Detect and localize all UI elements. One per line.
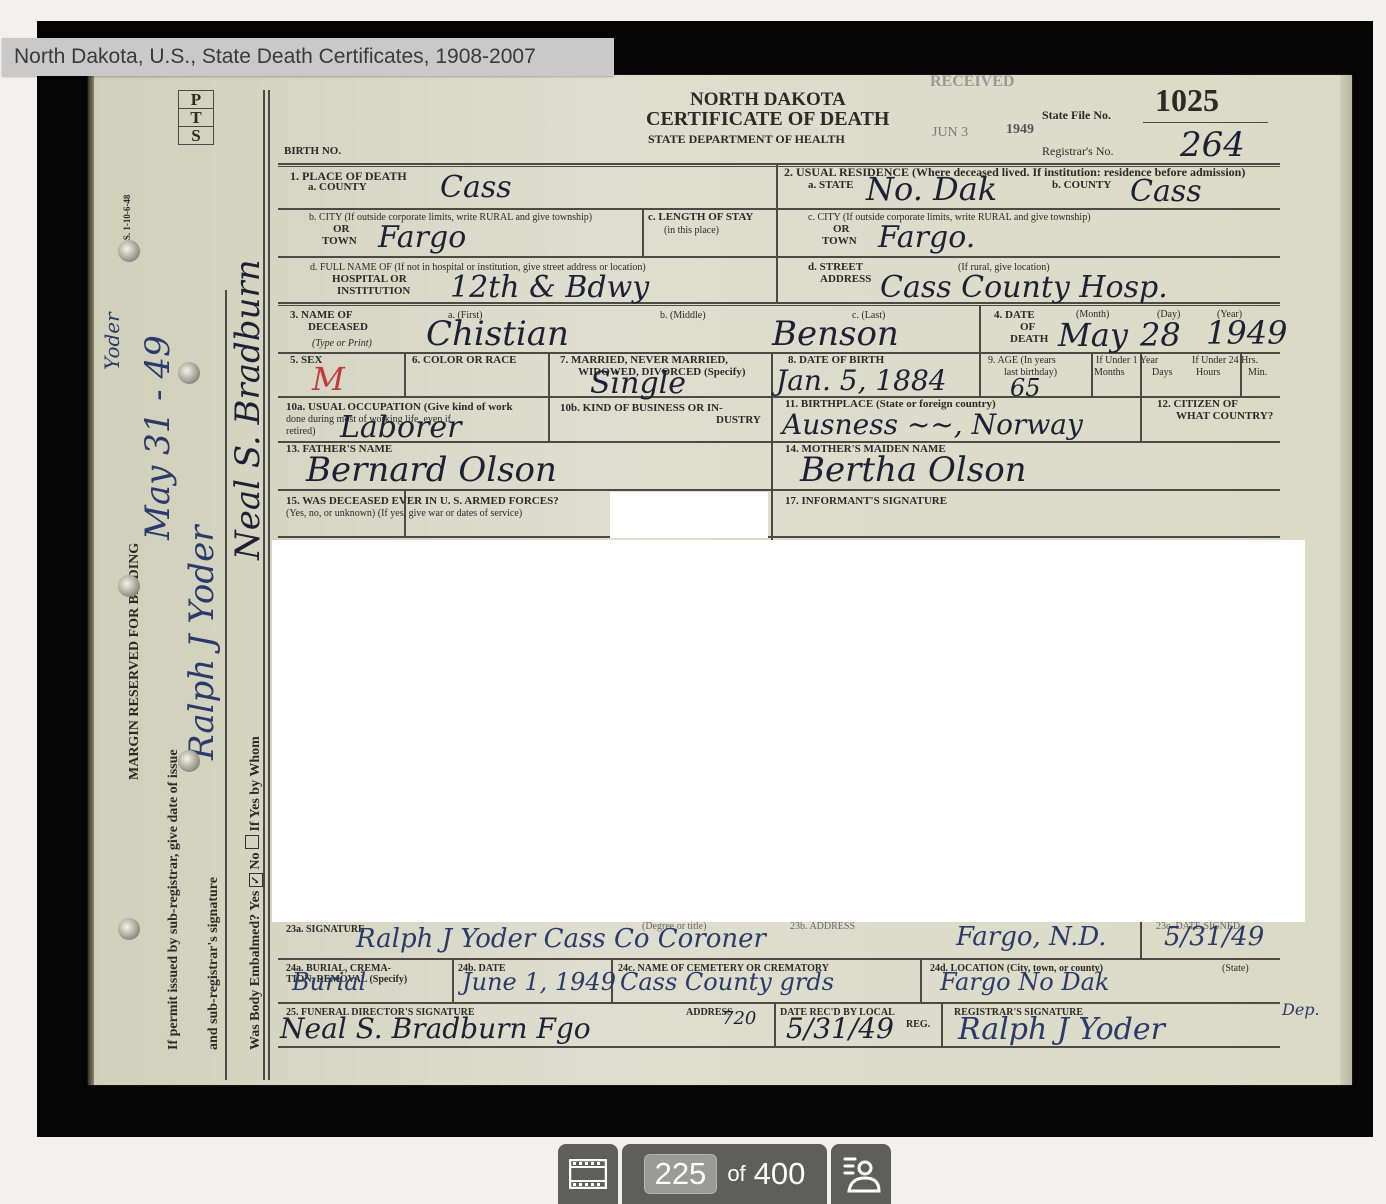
- dob-value: Jan. 5, 1884: [776, 364, 947, 397]
- mother-value: Bertha Olson: [800, 450, 1027, 490]
- birthplace-value: Ausness ~~, Norway: [782, 408, 1083, 441]
- date24b-value: June 1, 1949: [462, 968, 616, 996]
- armed-forces-label-1: 15. WAS DECEASED EVER IN U. S. ARMED FOR…: [286, 496, 559, 507]
- citizen-label-1: 12. CITIZEN OF: [1157, 399, 1238, 410]
- street-label-2: ADDRESS: [820, 274, 871, 285]
- res-state-value: No. Dak: [866, 170, 997, 208]
- redaction-block: [610, 492, 768, 538]
- state-file-label: State File No.: [1042, 110, 1111, 121]
- res-county-label: b. COUNTY: [1052, 180, 1111, 191]
- permit-text: If permit issued by sub-registrar, give …: [166, 749, 182, 1050]
- res-city-value: Fargo.: [878, 220, 975, 255]
- registrar-dep-value: Dep.: [1282, 1000, 1320, 1019]
- marital-label-1: 7. MARRIED, NEVER MARRIED,: [560, 355, 728, 366]
- margin-line: [268, 90, 270, 1080]
- punch-hole: [178, 362, 200, 384]
- hand-margin-sig2: Neal S. Bradburn: [228, 259, 268, 560]
- state-file-line: [1143, 122, 1268, 123]
- dod-label-2: OF: [1020, 322, 1035, 333]
- punch-hole: [118, 575, 140, 597]
- received-year: 1949: [1006, 124, 1034, 135]
- dod-label-1: 4. DATE: [994, 310, 1035, 321]
- res-or-label: OR: [833, 224, 850, 235]
- hours-label: Hours: [1196, 367, 1220, 378]
- title-line2: CERTIFICATE OF DEATH: [646, 109, 889, 129]
- punch-hole: [118, 918, 140, 940]
- location-value: Fargo No Dak: [940, 968, 1109, 996]
- length-stay-sub: (in this place): [664, 225, 719, 236]
- addr23b-label: 23b. ADDRESS: [790, 921, 855, 932]
- min-label: Min.: [1248, 367, 1267, 378]
- last-name-value: Benson: [772, 314, 899, 354]
- rule: [774, 1002, 776, 1046]
- marital-value: Single: [590, 366, 686, 401]
- embalmed-label: Was Body Embalmed? Yes: [248, 891, 263, 1050]
- under24-label: If Under 24 Hrs.: [1192, 355, 1258, 366]
- citizen-label-2: WHAT COUNTRY?: [1176, 411, 1273, 422]
- rule: [278, 305, 1280, 306]
- page-navigator: 225 of 400: [622, 1144, 827, 1204]
- father-value: Bernard Olson: [306, 450, 557, 490]
- hospital-label-2: HOSPITAL OR: [332, 274, 407, 285]
- rule: [1140, 922, 1142, 958]
- burial-value: Burial: [292, 968, 366, 996]
- rule: [941, 1002, 943, 1046]
- rule: [278, 256, 1280, 258]
- addr23b-value: Fargo, N.D.: [956, 922, 1107, 952]
- res-state-label: a. STATE: [808, 180, 853, 191]
- birth-no-label: BIRTH NO.: [284, 146, 341, 157]
- funeral-address-value: 720: [722, 1008, 756, 1029]
- person-list-icon: [841, 1154, 881, 1194]
- occupation-value: Laborer: [340, 410, 462, 445]
- sig23a-value: Ralph J Yoder Cass Co Coroner: [356, 924, 766, 954]
- title-line1: NORTH DAKOTA: [690, 90, 846, 109]
- page-number-input[interactable]: 225: [644, 1154, 718, 1194]
- name-label-2: DECEASED: [308, 322, 368, 333]
- armed-forces-label-2: (Yes, no, or unknown) (If yes, give war …: [286, 508, 522, 519]
- margin-line: [225, 290, 227, 1080]
- city-value: Fargo: [378, 220, 466, 255]
- rule: [771, 352, 773, 540]
- dod-month-value: May: [1058, 316, 1128, 354]
- name-label-3: (Type or Print): [312, 338, 372, 349]
- state-label: (State): [1222, 963, 1249, 974]
- res-county-value: Cass: [1130, 174, 1202, 209]
- page-total: 400: [754, 1156, 806, 1192]
- middle-label: b. (Middle): [660, 310, 706, 321]
- rule: [278, 958, 1280, 960]
- of-label: of: [727, 1161, 745, 1187]
- registrar-no-label: Registrar's No.: [1042, 146, 1113, 157]
- if-yes-label: If Yes by Whom: [248, 736, 263, 831]
- funeral-sig-value: Neal S. Bradburn Fgo: [280, 1012, 591, 1045]
- hospital-value: 12th & Bdwy: [450, 270, 649, 305]
- subregistrar-text: and sub-registrar's signature: [206, 877, 222, 1050]
- punch-hole: [118, 240, 140, 262]
- name-label-1: 3. NAME OF: [290, 310, 353, 321]
- rule: [404, 352, 406, 397]
- film-strip-icon: [569, 1159, 607, 1189]
- cemetery-value: Cass County grds: [620, 968, 834, 996]
- occupation-label-3: retired): [286, 426, 315, 437]
- paper-edge: [1340, 75, 1352, 1085]
- pts-box: P T S: [178, 90, 214, 145]
- county-value: Cass: [440, 170, 512, 205]
- state-file-no: 1025: [1155, 84, 1219, 116]
- length-stay-label: c. LENGTH OF STAY: [648, 212, 753, 223]
- pts-t: T: [179, 109, 213, 127]
- dod-year-value: 1949: [1206, 314, 1287, 352]
- rule: [1091, 352, 1093, 397]
- filmstrip-button[interactable]: [558, 1144, 618, 1204]
- or-label: OR: [333, 224, 350, 235]
- date-recd-label-2: REG.: [906, 1019, 930, 1030]
- rule: [278, 536, 1280, 538]
- rule: [979, 305, 981, 397]
- days-label: Days: [1152, 367, 1173, 378]
- sig23a-label: 23a. SIGNATURE: [286, 924, 365, 935]
- redaction-block: [272, 540, 1305, 922]
- embalmed-no-checkbox: [245, 835, 259, 849]
- hand-margin-date: May 31 - 49: [138, 335, 178, 540]
- street-label-1: d. STREET: [808, 262, 863, 273]
- business-label-2: DUSTRY: [716, 415, 761, 426]
- date-recd-value: 5/31/49: [786, 1012, 894, 1045]
- received-month: JUN 3: [932, 127, 968, 138]
- hand-margin-sig1: Ralph J Yoder: [182, 525, 222, 760]
- res-town-label: TOWN: [822, 236, 857, 247]
- collection-tooltip: North Dakota, U.S., State Death Certific…: [2, 38, 614, 76]
- hospital-label-3: INSTITUTION: [337, 286, 410, 297]
- rule: [642, 208, 644, 256]
- punch-hole: [178, 750, 200, 772]
- subtitle: STATE DEPARTMENT OF HEALTH: [648, 134, 845, 145]
- rule: [452, 958, 454, 1002]
- informant-label: 17. INFORMANT'S SIGNATURE: [785, 496, 947, 507]
- months-label: Months: [1094, 367, 1125, 378]
- hand-yoder: Yoder: [100, 312, 124, 370]
- no-label: No: [248, 853, 263, 870]
- pts-s: S: [179, 127, 213, 144]
- received-stamp: RECEIVED: [930, 76, 1014, 87]
- index-panel-button[interactable]: [831, 1144, 891, 1204]
- dod-label-3: DEATH: [1010, 334, 1048, 345]
- age-label-1: 9. AGE (In years: [988, 355, 1056, 366]
- first-name-value: Chistian: [426, 314, 569, 354]
- rule: [278, 1002, 1280, 1004]
- town-label: TOWN: [322, 236, 357, 247]
- dod-day-value: 28: [1140, 316, 1181, 354]
- paper-edge: [88, 75, 94, 1085]
- business-label-1: 10b. KIND OF BUSINESS OR IN-: [560, 403, 723, 414]
- registrar-sig-value: Ralph J Yoder: [958, 1012, 1165, 1047]
- pts-p: P: [179, 91, 213, 109]
- registrar-no: 264: [1180, 125, 1245, 165]
- under1-label: If Under 1 Year: [1096, 355, 1158, 366]
- date23c-value: 5/31/49: [1164, 922, 1264, 952]
- embalmed-text: Was Body Embalmed? Yes ✓ No If Yes by Wh…: [245, 736, 264, 1050]
- age-value: 65: [1010, 374, 1041, 402]
- embalmed-yes-checkbox: ✓: [249, 873, 263, 887]
- rule: [776, 165, 778, 303]
- rule: [920, 958, 922, 1002]
- county-label: a. COUNTY: [308, 182, 367, 193]
- sex-value: M: [312, 360, 345, 398]
- race-label: 6. COLOR OR RACE: [412, 355, 517, 366]
- street-value: Cass County Hosp.: [880, 270, 1168, 305]
